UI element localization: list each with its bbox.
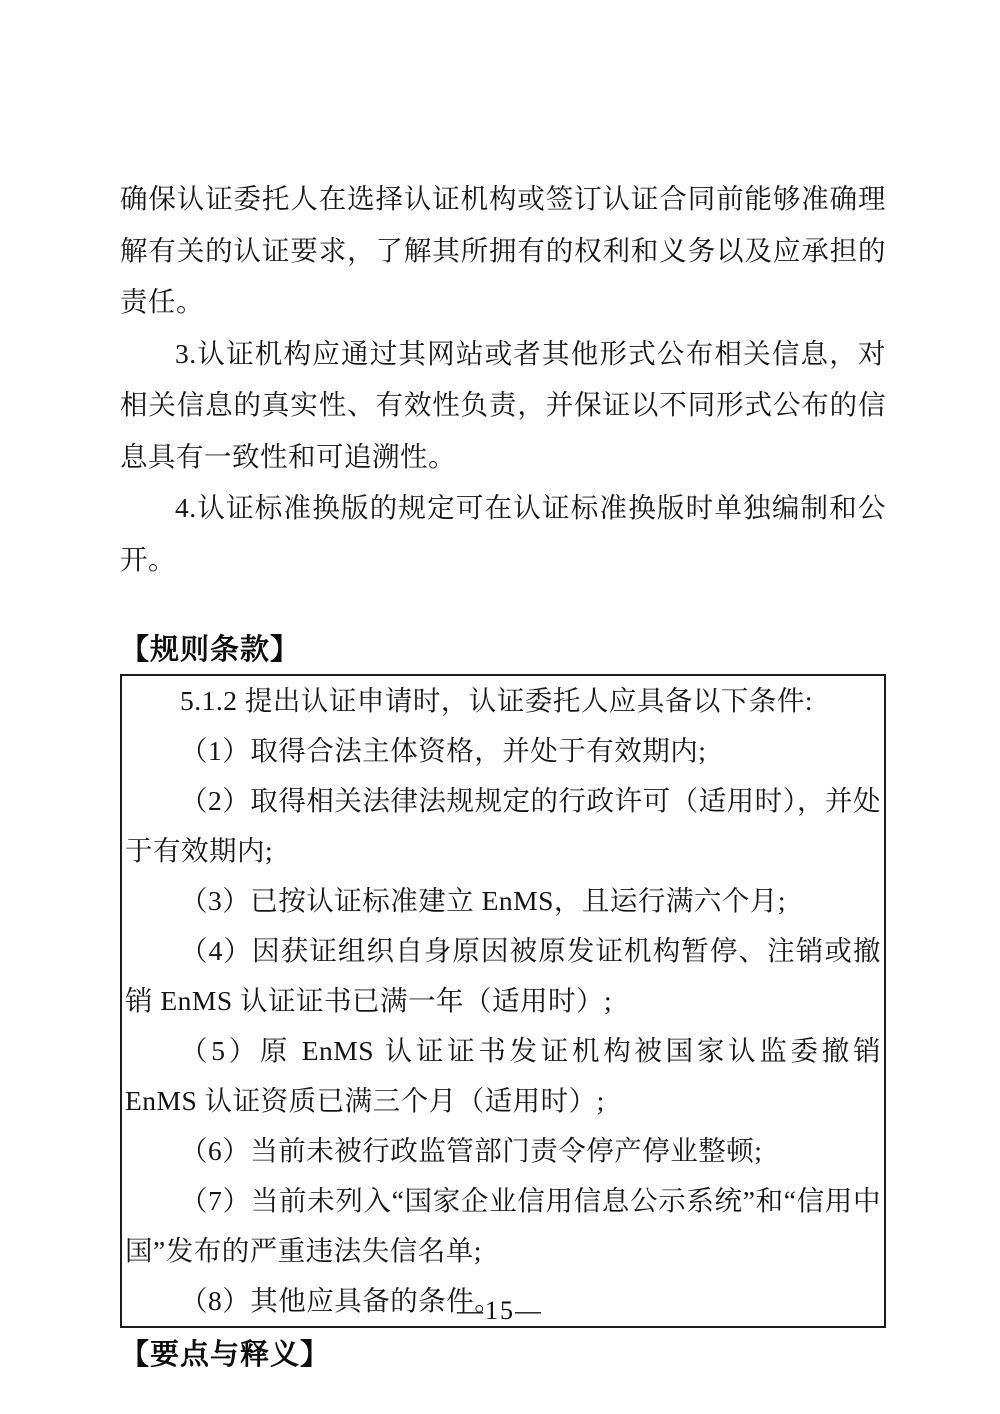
rule-condition-7: （7）当前未列入“国家企业信用信息公示系统”和“信用中国”发布的严重违法失信名单… bbox=[125, 1176, 881, 1276]
rule-clause-512: 5.1.2 提出认证申请时，认证委托人应具备以下条件: bbox=[125, 676, 881, 726]
rule-condition-5: （5）原 EnMS 认证证书发证机构被国家认监委撤销 EnMS 认证资质已满三个… bbox=[125, 1026, 881, 1126]
body-paragraph-continuation: 确保认证委托人在选择认证机构或签订认证合同前能够准确理解有关的认证要求，了解其所… bbox=[120, 173, 886, 328]
rules-section-heading: 【规则条款】 bbox=[120, 633, 886, 667]
rule-condition-6: （6）当前未被行政监管部门责令停产停业整顿; bbox=[125, 1126, 881, 1176]
document-page: 确保认证委托人在选择认证机构或签订认证合同前能够准确理解有关的认证要求，了解其所… bbox=[0, 0, 1000, 1414]
body-paragraph-item-3: 3.认证机构应通过其网站或者其他形式公布相关信息，对相关信息的真实性、有效性负责… bbox=[120, 328, 886, 483]
rule-condition-1: （1）取得合法主体资格，并处于有效期内; bbox=[125, 726, 881, 776]
rule-clause-box: 5.1.2 提出认证申请时，认证委托人应具备以下条件: （1）取得合法主体资格，… bbox=[120, 674, 886, 1328]
page-number: —15— bbox=[0, 1295, 1000, 1327]
rule-condition-4: （4）因获证组织自身原因被原发证机构暂停、注销或撤销 EnMS 认证证书已满一年… bbox=[125, 926, 881, 1026]
body-paragraph-item-4: 4.认证标准换版的规定可在认证标准换版时单独编制和公开。 bbox=[120, 482, 886, 585]
rule-condition-3: （3）已按认证标准建立 EnMS，且运行满六个月; bbox=[125, 876, 881, 926]
rule-condition-2: （2）取得相关法律法规规定的行政许可（适用时），并处于有效期内; bbox=[125, 776, 881, 876]
page-content: 确保认证委托人在选择认证机构或签订认证合同前能够准确理解有关的认证要求，了解其所… bbox=[120, 173, 886, 1372]
keypoints-section-heading: 【要点与释义】 bbox=[120, 1338, 886, 1372]
